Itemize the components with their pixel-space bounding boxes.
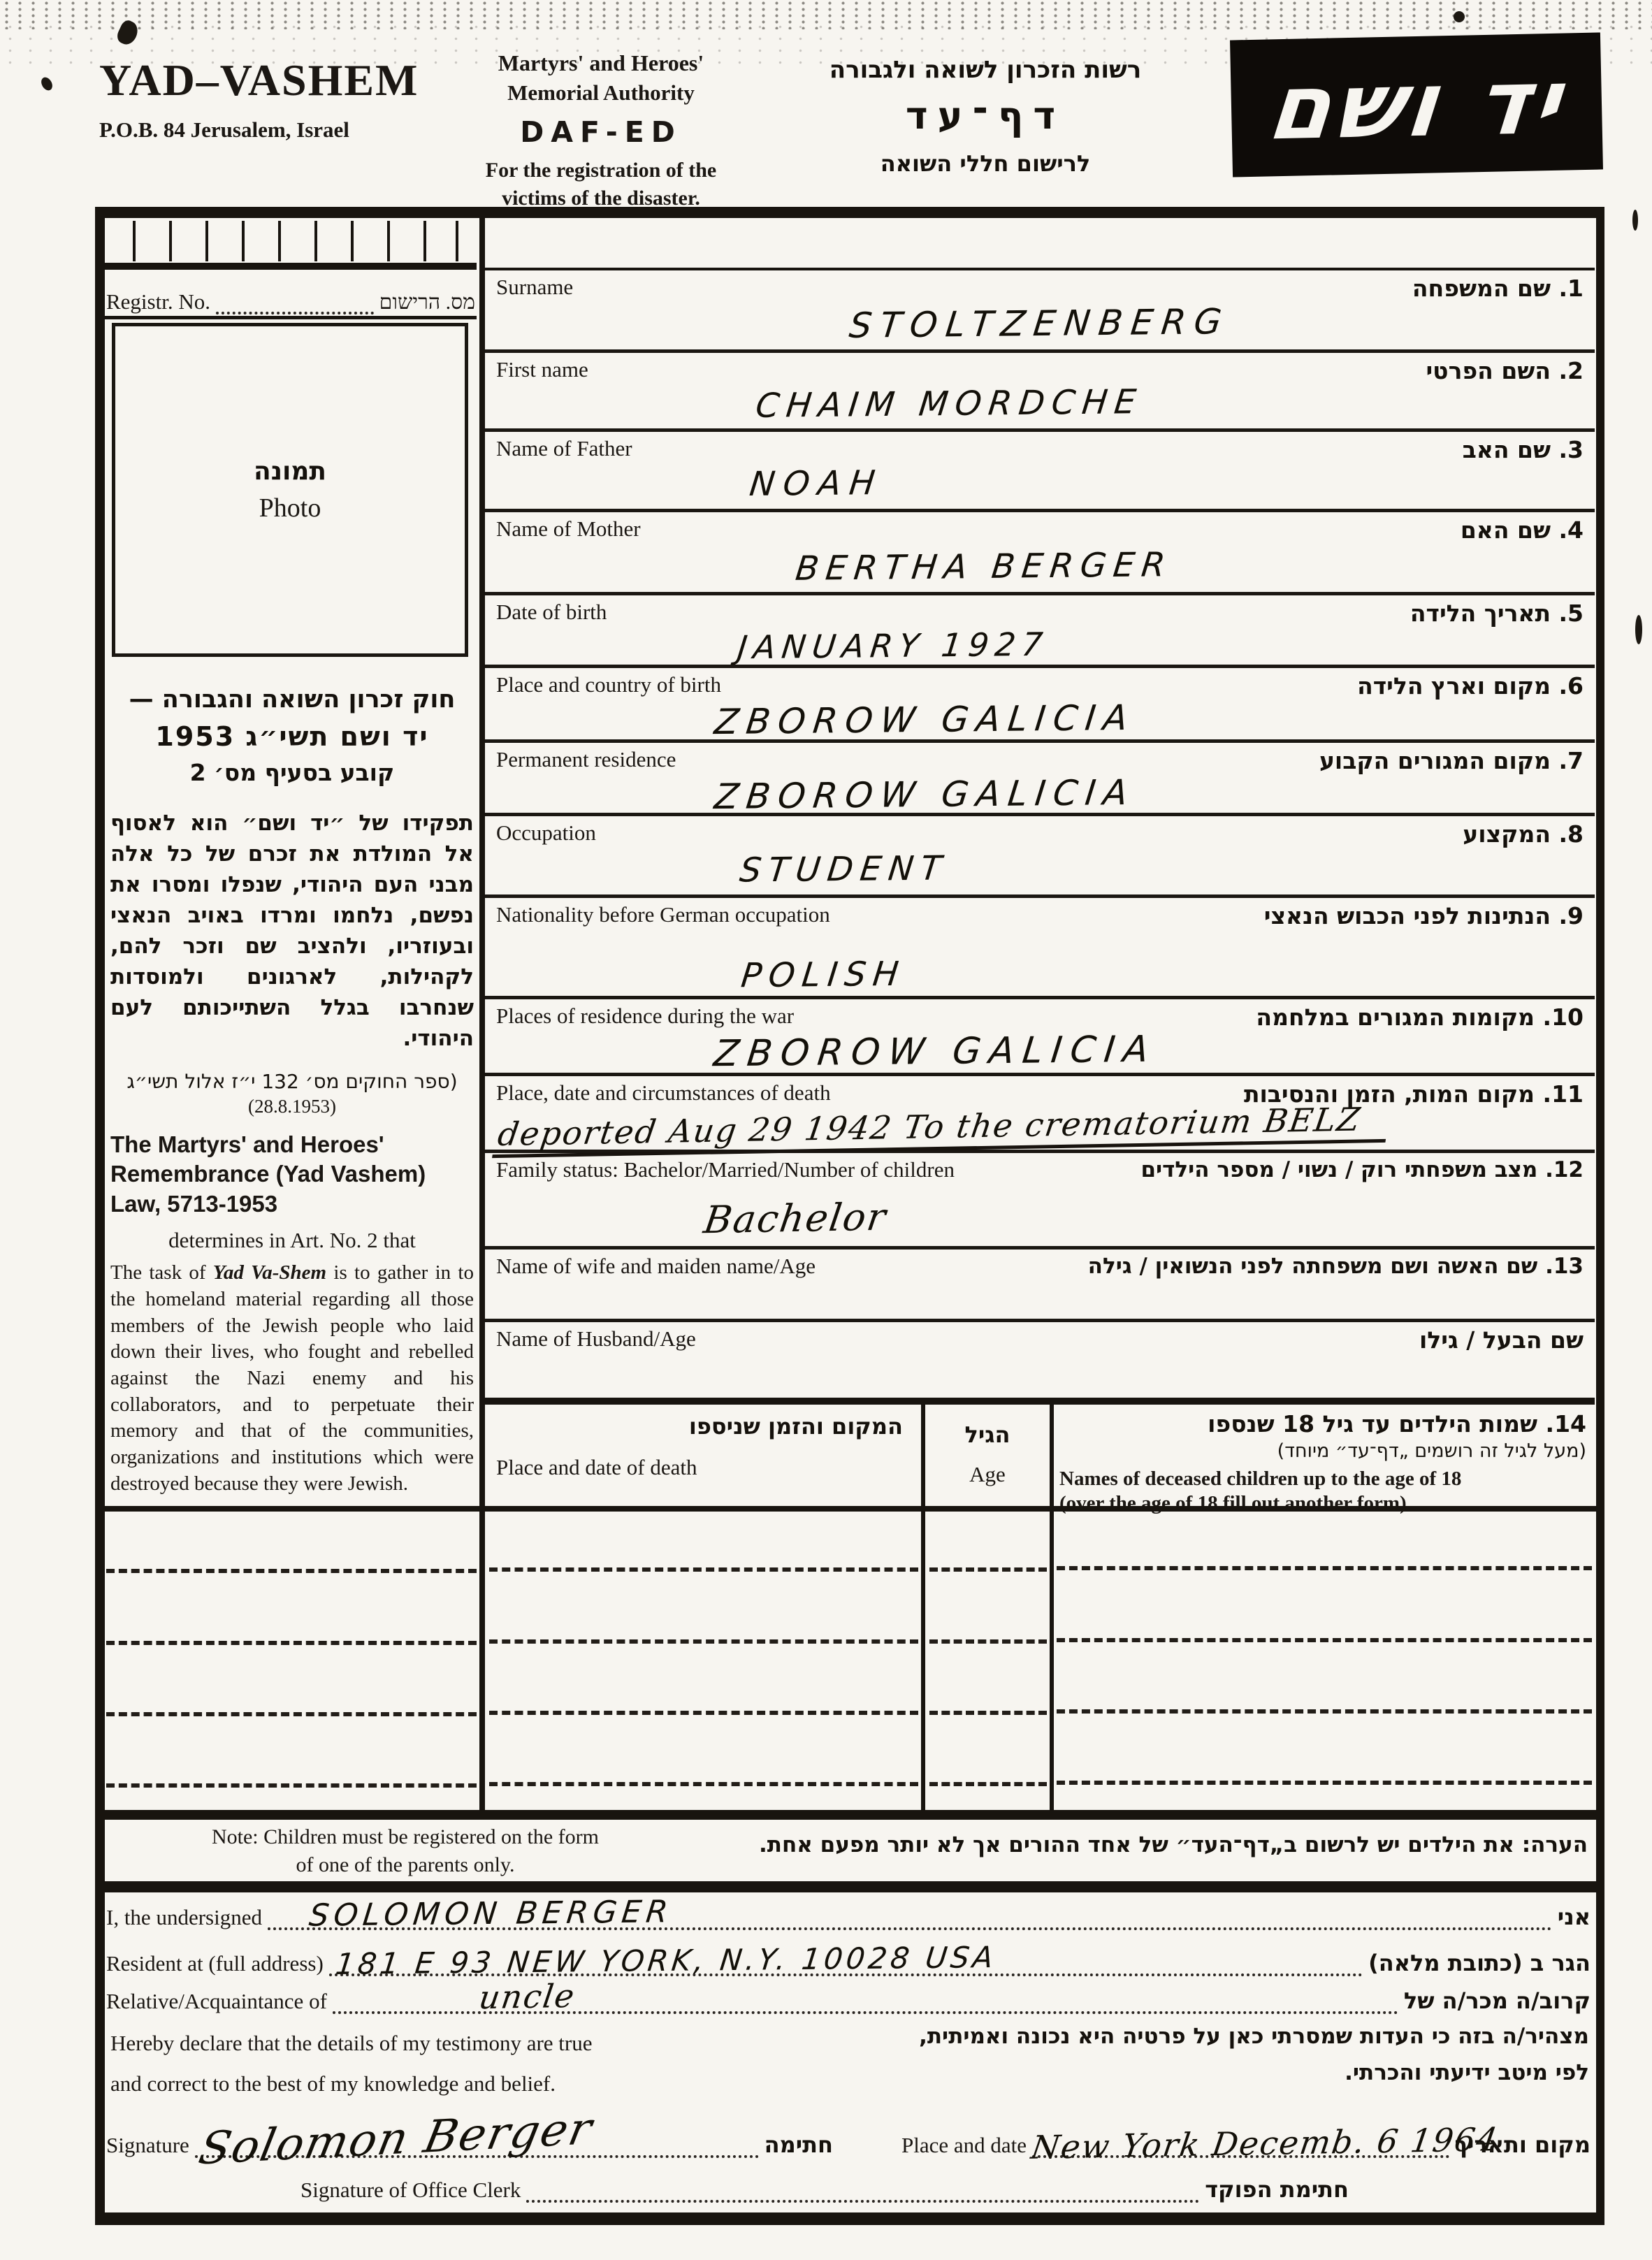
undersigned-line: SOLOMON BERGER: [268, 1927, 1552, 1930]
he-form-code: דף־עד: [790, 94, 1181, 138]
registration-number-line: [216, 312, 374, 314]
relative-value: uncle: [477, 1977, 578, 2016]
field-value-birth-place: ZBOROW GALICIA: [712, 697, 1137, 742]
children-col-place-header: המקום והזמן שניספו Place and date of dea…: [489, 1413, 913, 1480]
children-row-separator: [929, 1567, 1047, 1572]
clerk-label-he: חתימת הפוקד: [1205, 2176, 1349, 2203]
digit-tick: [314, 221, 317, 261]
relative-label-he: קרוב/ה מכר/ה של: [1404, 1987, 1591, 2014]
field-row-death-circumstances: Place, date and circumstances of death11…: [485, 1076, 1595, 1153]
children-row-separator: [1057, 1781, 1592, 1785]
law-ref-date: (28.8.1953): [110, 1096, 474, 1117]
field-value-father: NOAH: [747, 463, 885, 504]
field-value-occupation: STUDENT: [738, 848, 950, 890]
field-label-he: 2. השם הפרטי: [1426, 357, 1584, 384]
field-row-birth-date: Date of birth5. תאריך הלידה JANUARY 1927: [485, 595, 1595, 668]
law-body-en-part2: is to gather in to the homeland material…: [110, 1261, 474, 1495]
law-sidebar: חוק זכרון השואה והגבורה — יד ושם תשי״ג 1…: [110, 681, 474, 1497]
children-row-separator: [489, 1567, 918, 1572]
he-purpose: לרישום חללי השואה: [790, 150, 1181, 177]
form-code: DAF-ED: [433, 115, 769, 149]
field-label-he: 1. שם המשפחה: [1412, 275, 1584, 302]
signature-value: Solomon Berger: [194, 2103, 597, 2175]
note-block-en: Note: Children must be registered on the…: [119, 1825, 692, 1877]
field-row-nationality: Nationality before German occupation9. ה…: [485, 898, 1595, 999]
field-label-en: Surname: [496, 275, 573, 300]
children-table-top-rule: [485, 1398, 1595, 1405]
digit-tick: [351, 221, 354, 261]
form-purpose-line1: For the registration of the: [433, 159, 769, 182]
undersigned-label-he: אני: [1558, 1904, 1591, 1930]
field-value-war-residence: ZBOROW GALICIA: [711, 1029, 1159, 1075]
header-mid-block: Martyrs' and Heroes' Memorial Authority …: [433, 50, 769, 210]
law-title-he-2: יד ושם תשי״ג 1953: [110, 718, 474, 755]
children-row-separator: [106, 1641, 477, 1645]
children-row-separator: [489, 1639, 918, 1644]
law-body-he: תפקידו של ״יד ושם״ הוא לאסוף אל המולדת א…: [110, 808, 474, 1054]
yad-vashem-logo: יד ושם: [1230, 32, 1603, 177]
registration-label-he: מס. הרישום: [379, 291, 475, 314]
registration-bottom-rule: [105, 316, 477, 319]
field-value-nationality: POLISH: [739, 955, 908, 995]
photo-label-en: Photo: [259, 493, 321, 523]
clerk-signature-line: [526, 2200, 1199, 2203]
field-row-occupation: Occupation8. המקצוע STUDENT: [485, 816, 1595, 898]
children-col-age-en: Age: [925, 1462, 1050, 1487]
field-value-death-circumstances: deported Aug 29 1942 To the crematorium …: [492, 1100, 1391, 1158]
declare-block-he: מצהיר/ה בזה כי העדות שמסרתי כאן על פרטיה…: [825, 2024, 1589, 2085]
field-label-he: 5. תאריך הלידה: [1410, 600, 1584, 627]
form-right-border: [1596, 207, 1604, 2225]
relative-label-en: Relative/Acquaintance of: [106, 1989, 327, 2014]
field-row-war-residence: Places of residence during the war10. מק…: [485, 999, 1595, 1076]
relative-row: Relative/Acquaintance of uncle קרוב/ה מכ…: [106, 1976, 1591, 2014]
children-table-bottom-rule: [95, 1810, 1604, 1820]
clerk-label-en: Signature of Office Clerk: [300, 2178, 521, 2203]
header-hebrew-block: רשות הזכרון לשואה ולגבורה דף־עד לרישום ח…: [790, 56, 1181, 177]
field-label-he: 10. מקומות המגורים במלחמה: [1256, 1004, 1584, 1031]
digit-tick: [456, 221, 458, 261]
field-label-en: Places of residence during the war: [496, 1004, 794, 1029]
field-label-he: 8. המקצוע: [1463, 820, 1584, 848]
logo-hebrew-text: יד ושם: [1263, 50, 1570, 160]
field-label-he: 13. שם האשה ושם משפחתה לפני הנשואין / גי…: [1088, 1254, 1584, 1279]
org-subtitle-line2: Memorial Authority: [433, 80, 769, 106]
law-title-he-3: קובע בסעיף מס׳ 2: [110, 755, 474, 790]
form-bottom-border: [95, 2212, 1604, 2225]
undersigned-value: SOLOMON BERGER: [307, 1894, 674, 1933]
photo-label-he: תמונה: [254, 457, 326, 486]
field-row-family-status: Family status: Bachelor/Married/Number o…: [485, 1153, 1595, 1249]
field-row-wife: Name of wife and maiden name/Age13. שם ה…: [485, 1249, 1595, 1322]
relative-line: uncle: [333, 2011, 1398, 2014]
field-row-mother: Name of Mother4. שם האם BERTHA BERGER: [485, 512, 1595, 595]
resident-value: 181 E 93 NEW YORK, N.Y. 10028 USA: [333, 1940, 998, 1981]
children-row-separator: [1057, 1566, 1592, 1570]
signature-line: Solomon Berger: [195, 2155, 759, 2158]
law-body-en-emphasis: Yad Va-Shem: [213, 1261, 326, 1284]
children-row-separator: [489, 1711, 918, 1715]
signature-label-he: חתימה: [765, 2131, 833, 2158]
he-authority: רשות הזכרון לשואה ולגבורה: [790, 56, 1181, 84]
digit-tick: [278, 221, 281, 261]
law-title-he-1: חוק זכרון השואה והגבורה —: [110, 681, 474, 718]
children-table-header-bottom-rule: [95, 1506, 1596, 1512]
law-body-en: The task of Yad Va-Shem is to gather in …: [110, 1260, 474, 1497]
children-row-separator: [489, 1782, 918, 1786]
resident-label-en: Resident at (full address): [106, 1951, 324, 1976]
children-row-separator: [1057, 1709, 1592, 1714]
law-title-en: The Martyrs' and Heroes' Remembrance (Ya…: [110, 1130, 474, 1220]
note-en-line2: of one of the parents only.: [119, 1853, 692, 1877]
field-row-father: Name of Father3. שם האב NOAH: [485, 432, 1595, 512]
declare-en-line1: Hereby declare that the details of my te…: [110, 2031, 795, 2056]
children-col-age-he: הגיל: [925, 1421, 1050, 1448]
field-row-husband: Name of Husband/Ageשם הבעל / גילו: [485, 1322, 1595, 1398]
field-label-en: First name: [496, 357, 588, 382]
children-title-en-1: Names of deceased children up to the age…: [1059, 1468, 1591, 1491]
ink-blot: [39, 75, 55, 92]
digit-tick: [169, 221, 172, 261]
resident-label-he: הגר ב (כתובת מלאה): [1368, 1950, 1591, 1976]
field-value-family-status: Bachelor: [701, 1195, 890, 1243]
org-name: YAD–VASHEM: [99, 55, 419, 106]
law-body-en-part1: The task of: [110, 1261, 213, 1284]
office-clerk-row: Signature of Office Clerk חתימת הפוקד: [300, 2169, 1349, 2203]
main-vertical-divider: [479, 218, 485, 1810]
signature-label-en: Signature: [106, 2133, 189, 2158]
place-date-line: New York Decemb. 6 1964: [1032, 2155, 1449, 2158]
declare-en-line2: and correct to the best of my knowledge …: [110, 2071, 795, 2096]
note-en-line1: Note: Children must be registered on the…: [119, 1825, 692, 1849]
children-title-en-2: (over the age of 18 fill out another for…: [1059, 1492, 1591, 1515]
field-label-en: Permanent residence: [496, 747, 676, 772]
form-top-border: [95, 207, 1604, 218]
children-subtitle-he: (מעל לגיל זה רושמים „דף־עד״ מיוחד): [1059, 1440, 1591, 1462]
digit-tick: [423, 221, 426, 261]
edge-mark: [1635, 615, 1642, 644]
field-label-he: 6. מקום וארץ הלידה: [1357, 672, 1584, 700]
declare-block-en: Hereby declare that the details of my te…: [110, 2031, 795, 2096]
field-label-en: Name of wife and maiden name/Age: [496, 1254, 816, 1279]
children-col-place-en: Place and date of death: [489, 1455, 913, 1480]
field-label-en: Nationality before German occupation: [496, 902, 830, 927]
ink-blot: [1454, 11, 1465, 22]
field-label-he: 7. מקום המגורים הקבוע: [1319, 747, 1584, 774]
field-row-birth-place: Place and country of birth6. מקום וארץ ה…: [485, 668, 1595, 743]
digit-boxes-bottom-rule: [105, 263, 477, 270]
field-label-en: Occupation: [496, 820, 596, 846]
form-left-border: [95, 207, 105, 2225]
children-row-separator: [106, 1712, 477, 1716]
field-value-mother: BERTHA BERGER: [794, 545, 1175, 588]
children-row-separator: [929, 1639, 1047, 1644]
field-label-en: Name of Father: [496, 436, 632, 461]
org-subtitle-line1: Martyrs' and Heroes': [433, 50, 769, 76]
children-row-separator: [929, 1711, 1047, 1715]
registration-number-row: Registr. No. מס. הרישום: [106, 278, 475, 314]
declare-he-line2: לפי מיטב ידיעתי והכרתי.: [825, 2060, 1589, 2085]
field-value-first-name: CHAIM MORDCHE: [753, 382, 1145, 426]
field-row-first-name: First name2. השם הפרטי CHAIM MORDCHE: [485, 353, 1595, 432]
children-row-separator: [106, 1569, 477, 1573]
children-row-separator: [929, 1782, 1047, 1786]
children-title-he: 14. שמות הילדים עד גיל 18 שנספו: [1059, 1410, 1591, 1437]
field-label-he: 9. הנתינות לפני הכבוש הנאצי: [1264, 902, 1584, 929]
undersigned-row: I, the undersigned SOLOMON BERGER אני: [106, 1891, 1591, 1930]
place-date-value: New York Decemb. 6 1964: [1029, 2120, 1501, 2166]
digit-tick: [205, 221, 208, 261]
children-col-age-header: הגיל Age: [925, 1421, 1050, 1487]
field-label-en: Date of birth: [496, 600, 607, 625]
field-label-he: שם הבעל / גילו: [1419, 1326, 1584, 1354]
children-row-separator: [106, 1783, 477, 1788]
place-date-label-en: Place and date: [901, 2133, 1027, 2158]
field-label-he: 4. שם האם: [1461, 516, 1584, 544]
field-label-en: Place and country of birth: [496, 672, 721, 697]
children-col-place-he: המקום והזמן שניספו: [489, 1413, 913, 1440]
place-date-row: Place and date New York Decemb. 6 1964 מ…: [901, 2115, 1591, 2158]
field-label-he: 3. שם האב: [1463, 436, 1584, 463]
field-label-en: Name of Mother: [496, 516, 641, 542]
law-ref-he: (ספר החוקים מס׳ 132 י״ז אלול תשי״ג: [110, 1068, 474, 1095]
children-col-names-header: 14. שמות הילדים עד גיל 18 שנספו (מעל לגי…: [1059, 1410, 1591, 1515]
edge-mark: [1632, 210, 1638, 231]
field-value-birth-date: JANUARY 1927: [736, 625, 1051, 667]
law-determines-en: determines in Art. No. 2 that: [110, 1228, 474, 1253]
field-value-residence: ZBOROW GALICIA: [712, 772, 1137, 817]
field-value-surname: STOLTZENBERG: [848, 301, 1232, 346]
registration-label-en: Registr. No.: [106, 289, 210, 314]
scanned-testimony-page: YAD–VASHEM P.O.B. 84 Jerusalem, Israel M…: [0, 0, 1652, 2260]
undersigned-label-en: I, the undersigned: [106, 1905, 262, 1930]
children-table-divider-2: [1050, 1405, 1054, 1810]
org-address: P.O.B. 84 Jerusalem, Israel: [99, 117, 349, 143]
field-label-en: Place, date and circumstances of death: [496, 1080, 831, 1106]
photo-box: תמונה Photo: [112, 323, 468, 657]
declare-he-line1: מצהיר/ה בזה כי העדות שמסרתי כאן על פרטיה…: [825, 2024, 1589, 2049]
signature-row: Signature Solomon Berger חתימה: [106, 2115, 833, 2158]
field-label-en: Family status: Bachelor/Married/Number o…: [496, 1157, 955, 1182]
field-row-surname: Surname1. שם המשפחה STOLTZENBERG: [485, 270, 1595, 353]
resident-row: Resident at (full address) 181 E 93 NEW …: [106, 1937, 1591, 1976]
note-block-he: הערה: את הילדים יש לרשום ב„דף־העד״ של אח…: [706, 1832, 1588, 1857]
field-label-he: 12. מצב משפחתי רוק / נשוי / מספר הילדים: [1140, 1157, 1584, 1182]
children-row-separator: [1057, 1638, 1592, 1642]
field-label-en: Name of Husband/Age: [496, 1326, 696, 1352]
digit-tick: [133, 221, 136, 261]
digit-tick: [242, 221, 245, 261]
digit-tick: [387, 221, 390, 261]
field-row-residence: Permanent residence7. מקום המגורים הקבוע…: [485, 743, 1595, 816]
